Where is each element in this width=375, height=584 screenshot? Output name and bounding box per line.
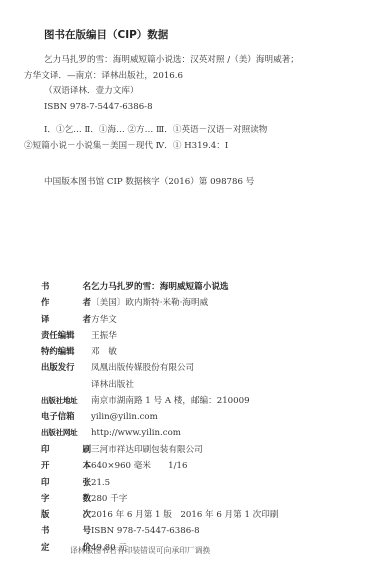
info-label-char: 译 bbox=[41, 313, 49, 325]
cip-entry-line-2: 方华文译．—南京：译林出版社，2016.6 bbox=[24, 69, 344, 85]
info-value: 南京市湖南路 1 号 A 楼，邮编：210009 bbox=[51, 394, 250, 406]
info-value[interactable]: yilin@yilin.com bbox=[51, 412, 158, 422]
info-value: 21.5 bbox=[51, 478, 110, 488]
classification-line-1: Ⅰ．①乞… Ⅱ．①海… ②方… Ⅲ．①英语－汉语－对照读物 bbox=[24, 122, 354, 138]
info-row: 出版发行凤凰出版传媒股份有限公司 bbox=[41, 361, 361, 377]
info-value: 邓 敏 bbox=[51, 345, 117, 357]
info-label-char: 版 bbox=[41, 508, 49, 520]
info-label-char: 印 bbox=[41, 443, 49, 455]
info-value: 640×960 毫米 1/16 bbox=[51, 459, 187, 471]
cip-classification: Ⅰ．①乞… Ⅱ．①海… ②方… Ⅲ．①英语－汉语－对照读物 ②短篇小说－小说集－… bbox=[24, 122, 354, 154]
info-row: 责任编辑王振华 bbox=[41, 329, 361, 345]
info-value: 凤凰出版传媒股份有限公司 bbox=[51, 361, 194, 373]
info-label-char: 字 bbox=[41, 492, 49, 504]
cip-series: （双语译林．壹力文库） bbox=[24, 84, 344, 100]
info-row: 书名乞力马扎罗的雪：海明威短篇小说选 bbox=[41, 280, 361, 296]
info-value[interactable]: http://www.yilin.com bbox=[51, 428, 181, 438]
info-label-char: 书 bbox=[41, 280, 49, 292]
info-value: 乞力马扎罗的雪：海明威短篇小说选 bbox=[51, 280, 229, 292]
info-label-char: 书 bbox=[41, 524, 49, 536]
info-value: 280 千字 bbox=[51, 492, 127, 504]
publication-info-table: 书名乞力马扎罗的雪：海明威短篇小说选作者〔美国〕欧内斯特·米勒·海明威译者方华文… bbox=[41, 280, 361, 557]
cip-isbn: ISBN 978-7-5447-6386-8 bbox=[24, 100, 344, 116]
footer-note: ~ 译林版图书若有印装错误可向承印厂调换 bbox=[40, 545, 210, 556]
tilde-mark: ~ bbox=[40, 546, 70, 555]
info-value: 王振华 bbox=[51, 329, 117, 341]
info-row: 特约编辑邓 敏 bbox=[41, 345, 361, 361]
info-row: 字数280 千字 bbox=[41, 492, 361, 508]
info-row: 译者方华文 bbox=[41, 313, 361, 329]
info-label-char: 印 bbox=[41, 476, 49, 488]
info-row: 电子信箱yilin@yilin.com bbox=[41, 410, 361, 426]
classification-line-2: ②短篇小说－小说集－美国－现代 Ⅳ．① H319.4：I bbox=[24, 138, 354, 154]
info-label-char: 开 bbox=[41, 459, 49, 471]
info-row: 作者〔美国〕欧内斯特·米勒·海明威 bbox=[41, 296, 361, 312]
info-value: ISBN 978-7-5447-6386-8 bbox=[51, 526, 200, 536]
info-label-char: 作 bbox=[41, 296, 49, 308]
info-value: 三河市祥达印刷包装有限公司 bbox=[51, 443, 203, 455]
info-row: 印张21.5 bbox=[41, 476, 361, 492]
info-value: 2016 年 6 月第 1 版 2016 年 6 月第 1 次印刷 bbox=[51, 508, 278, 520]
info-row: 书号ISBN 978-7-5447-6386-8 bbox=[41, 524, 361, 540]
replacement-notice: 译林版图书若有印装错误可向承印厂调换 bbox=[70, 545, 210, 556]
cip-entry-line-1: 乞力马扎罗的雪：海明威短篇小说选：汉英对照 /（美）海明威著； bbox=[24, 53, 344, 69]
info-row: 版次2016 年 6 月第 1 版 2016 年 6 月第 1 次印刷 bbox=[41, 508, 361, 524]
info-row: 印刷三河市祥达印刷包装有限公司 bbox=[41, 443, 361, 459]
info-value: 方华文 bbox=[51, 313, 117, 325]
cip-heading: 图书在版编目（CIP）数据 bbox=[44, 27, 168, 42]
info-row: 译林出版社 bbox=[41, 378, 361, 394]
cip-entry: 乞力马扎罗的雪：海明威短篇小说选：汉英对照 /（美）海明威著； 方华文译．—南京… bbox=[24, 53, 344, 115]
info-value: 〔美国〕欧内斯特·米勒·海明威 bbox=[51, 296, 208, 308]
cip-record-number: 中国版本图书馆 CIP 数据核字（2016）第 098786 号 bbox=[44, 175, 254, 187]
info-row: 开本640×960 毫米 1/16 bbox=[41, 459, 361, 475]
info-row: 出版社网址http://www.yilin.com bbox=[41, 427, 361, 443]
info-value: 译林出版社 bbox=[51, 378, 134, 390]
info-row: 出版社地址南京市湖南路 1 号 A 楼，邮编：210009 bbox=[41, 394, 361, 410]
